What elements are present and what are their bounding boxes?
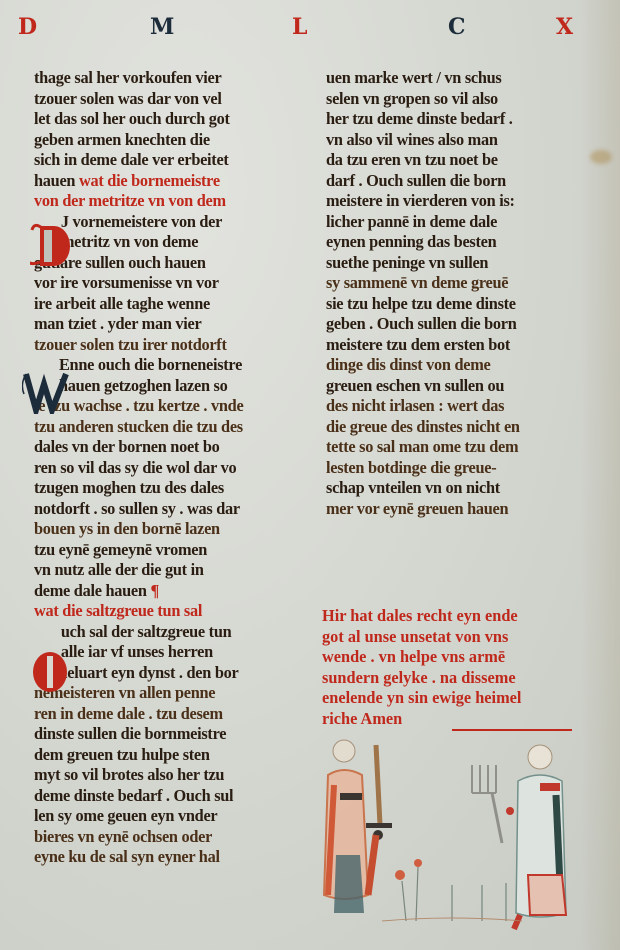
text-line: heimeluart eyn dynst . den bor (34, 663, 293, 684)
text-line: dinge dis dinst von deme (326, 355, 578, 376)
text-line: tzouer solen tzu irer notdorft (34, 335, 293, 356)
header-letters: D M L C X (0, 14, 620, 54)
text-line: ren so vil das sy die wol dar vo (34, 458, 293, 479)
ground-flowers (382, 859, 522, 921)
text-line: tette so sal man ome tzu dem (326, 437, 578, 458)
text-line: Enne ouch die borneneistre (34, 355, 293, 376)
header-letter-l: L (292, 14, 307, 40)
header-letter-c: C (448, 14, 466, 40)
text-line: nemeisteren vn allen penne (34, 683, 293, 704)
text-line: licher pannē in deme dale (326, 212, 578, 233)
illustration-drawing (322, 735, 592, 935)
text-line: selen vn gropen so vil also (326, 89, 578, 110)
text-line: die greue des dinstes nicht en (326, 417, 578, 438)
left-column: thage sal her vorkoufen vier tzouer sole… (34, 68, 304, 868)
parchment-stain (590, 150, 612, 164)
text-line: alle iar vf unses herren (34, 642, 293, 663)
header-letter-x: X (556, 14, 573, 40)
text-line: greuen eschen vn sullen ou (326, 376, 578, 397)
text-line: mer vor eynē greuen hauen (326, 499, 578, 520)
text-line: ren in deme dale . tzu desem (34, 704, 293, 725)
text-line: meistere tzu dem ersten bot (326, 335, 578, 356)
text-line: len sy ome geuen eyn vnder (34, 806, 293, 827)
text-line: schap vnteilen vn on nicht (326, 478, 578, 499)
amen-text: Amen (361, 709, 403, 728)
colophon-fragment: riche (322, 709, 357, 728)
colophon-line: got al unse unsetat von vns (322, 627, 581, 648)
text-line: meistere in vierderen von is: (326, 191, 578, 212)
text-line: da tzu eren vn tzu noet be (326, 150, 578, 171)
text-line: deme dinste bedarf . Ouch sul (34, 786, 293, 807)
text-line: sie tzu helpe tzu deme dinste (326, 294, 578, 315)
text-line: suethe peninge vn sullen (326, 253, 578, 274)
text-line: des nicht irlasen : wert das (326, 396, 578, 417)
text-line: notdorft . so sullen sy . was dar (34, 499, 293, 520)
text-line: bouen ys in den bornē lazen (34, 519, 293, 540)
text-line: dales vn der bornen noet bo (34, 437, 293, 458)
text-line: vn nutz alle der die gut in (34, 560, 293, 581)
colophon-line: enelende yn sin ewige heimel (322, 688, 581, 709)
text-line: sich in deme dale ver erbeitet (34, 150, 293, 171)
paragraph-mark-icon: ¶ (150, 581, 159, 600)
right-column: uen marke wert / vn schus selen vn grope… (326, 68, 588, 519)
colophon: Hir hat dales recht eyn ende got al unse… (322, 606, 592, 729)
initial-o-red (30, 650, 70, 701)
text-line: uch sal der saltzgreue tun (34, 622, 293, 643)
text-line: hauen wat die bornemeistre (34, 171, 293, 192)
right-figure-man (472, 745, 566, 929)
illustration (322, 735, 592, 935)
text-line: bieres vn eynē ochsen oder (34, 827, 293, 848)
text-line: let das sol her ouch durch got (34, 109, 293, 130)
text-line: ire arbeit alle taghe wenne (34, 294, 293, 315)
text-line: thage sal her vorkoufen vier (34, 68, 293, 89)
text-line: sy sammenē vn deme greuē (326, 273, 578, 294)
text-line: uen marke wert / vn schus (326, 68, 578, 89)
rubric-heading: wat die saltzgreue tun sal (34, 601, 293, 622)
colophon-line: wende . vn helpe vns armē (322, 647, 581, 668)
amen-flourish (452, 729, 572, 731)
text-line: lesten botdinge die greue- (326, 458, 578, 479)
left-figure-woman (324, 740, 392, 913)
text-fragment: hauen (34, 171, 75, 190)
colophon-line: riche Amen (322, 709, 581, 730)
text-line: le tzu wachse . tzu kertze . vnde (34, 396, 293, 417)
text-line: myt so vil brotes also her tzu (34, 765, 293, 786)
text-line: eynen penning das besten (326, 232, 578, 253)
text-line: dinste sullen die bornmeistre (34, 724, 293, 745)
text-line: geben armen knechten die (34, 130, 293, 151)
text-line: darf . Ouch sullen die born (326, 171, 578, 192)
initial-d-red (30, 222, 74, 277)
manuscript-page: D M L C X thage sal her vorkoufen vier t… (0, 0, 620, 950)
text-line: tzu eynē gemeynē vromen (34, 540, 293, 561)
text-line: eyne ku de sal syn eyner hal (34, 847, 293, 868)
text-line: tzu anderen stucken die tzu des (34, 417, 293, 438)
text-line: geben . Ouch sullen die born (326, 314, 578, 335)
text-line: dem greuen tzu hulpe sten (34, 745, 293, 766)
rubric-heading: von der metritze vn von dem (34, 191, 293, 212)
header-letter-m: M (150, 14, 174, 40)
colophon-line: sundern gelyke . na disseme (322, 668, 581, 689)
text-line: vn also vil wines also man (326, 130, 578, 151)
initial-w-blue (22, 370, 72, 421)
rubric-heading: wat die bornemeistre (79, 171, 220, 190)
text-line: tzugen moghen tzu des dales (34, 478, 293, 499)
text-fragment: deme dale hauen (34, 581, 147, 600)
text-line: man tziet . yder man vier (34, 314, 293, 335)
text-line: deme dale hauen ¶ (34, 581, 293, 602)
text-line: her tzu deme dinste bedarf . (326, 109, 578, 130)
text-line: tzouer solen was dar von vel (34, 89, 293, 110)
text-line: hauen getzoghen lazen so (34, 376, 293, 397)
colophon-line: Hir hat dales recht eyn ende (322, 606, 581, 627)
header-letter-d: D (18, 14, 37, 40)
